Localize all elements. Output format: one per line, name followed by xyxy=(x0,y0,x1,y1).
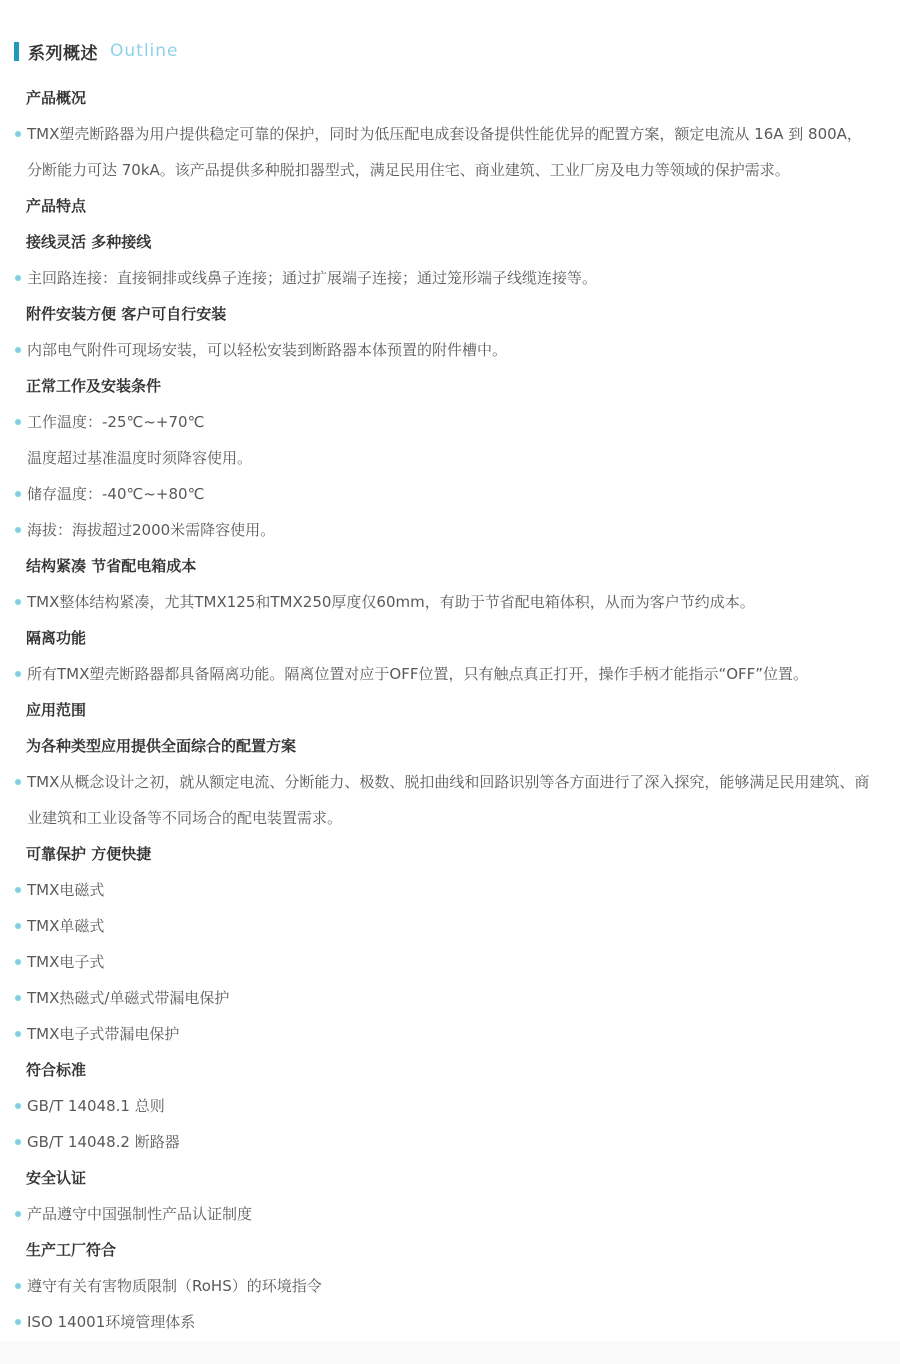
bullet-item: TMX电子式 xyxy=(0,944,900,980)
bullet-item: TMX单磁式 xyxy=(0,908,900,944)
bullet-item: TMX塑壳断路器为用户提供稳定可靠的保护，同时为低压配电成套设备提供性能优异的配… xyxy=(0,116,900,188)
section-heading: 接线灵活 多种接线 xyxy=(0,224,900,260)
section-heading: 符合标准 xyxy=(0,1052,900,1088)
page-title-en: Outline xyxy=(110,41,179,61)
section-heading: 为各种类型应用提供全面综合的配置方案 xyxy=(0,728,900,764)
section-heading: 附件安装方便 客户可自行安装 xyxy=(0,296,900,332)
bullet-item: TMX整体结构紧凑，尤其TMX125和TMX250厚度仅60mm，有助于节省配电… xyxy=(0,584,900,620)
bullet-item: 产品遵守中国强制性产品认证制度 xyxy=(0,1196,900,1232)
product-outline-page: 系列概述 Outline 产品概况TMX塑壳断路器为用户提供稳定可靠的保护，同时… xyxy=(0,0,900,1364)
section-heading: 正常工作及安装条件 xyxy=(0,368,900,404)
section-heading: 产品概况 xyxy=(0,80,900,116)
bullet-item: 内部电气附件可现场安装，可以轻松安装到断路器本体预置的附件槽中。 xyxy=(0,332,900,368)
bullet-item: GB/T 14048.2 断路器 xyxy=(0,1124,900,1160)
section-title: 系列概述 Outline xyxy=(14,40,900,62)
bullet-item: TMX电磁式 xyxy=(0,872,900,908)
bullet-item: ISO 14001环境管理体系 xyxy=(0,1304,900,1340)
section-heading: 应用范围 xyxy=(0,692,900,728)
bullet-item: TMX热磁式/单磁式带漏电保护 xyxy=(0,980,900,1016)
bullet-item: 海拔：海拔超过2000米需降容使用。 xyxy=(0,512,900,548)
bullet-item: 遵守有关有害物质限制（RoHS）的环境指令 xyxy=(0,1268,900,1304)
bullet-item: TMX电子式带漏电保护 xyxy=(0,1016,900,1052)
paragraph-line: 温度超过基准温度时须降容使用。 xyxy=(0,440,900,476)
bullet-item: 所有TMX塑壳断路器都具备隔离功能。隔离位置对应于OFF位置，只有触点真正打开，… xyxy=(0,656,900,692)
title-accent-bar xyxy=(14,42,19,61)
bullet-item: TMX从概念设计之初，就从额定电流、分断能力、极数、脱扣曲线和回路识别等各方面进… xyxy=(0,764,900,836)
bullet-item: 工作温度：-25℃~+70℃ xyxy=(0,404,900,440)
section-heading: 产品特点 xyxy=(0,188,900,224)
footer-strip xyxy=(0,1341,900,1364)
section-heading: 可靠保护 方便快捷 xyxy=(0,836,900,872)
section-heading: 安全认证 xyxy=(0,1160,900,1196)
content-list: 产品概况TMX塑壳断路器为用户提供稳定可靠的保护，同时为低压配电成套设备提供性能… xyxy=(0,80,900,1340)
bullet-item: 储存温度：-40℃~+80℃ xyxy=(0,476,900,512)
section-heading: 隔离功能 xyxy=(0,620,900,656)
page-title-zh: 系列概述 xyxy=(28,39,98,64)
bullet-item: GB/T 14048.1 总则 xyxy=(0,1088,900,1124)
section-heading: 结构紧凑 节省配电箱成本 xyxy=(0,548,900,584)
section-heading: 生产工厂符合 xyxy=(0,1232,900,1268)
bullet-item: 主回路连接：直接铜排或线鼻子连接；通过扩展端子连接；通过笼形端子线缆连接等。 xyxy=(0,260,900,296)
